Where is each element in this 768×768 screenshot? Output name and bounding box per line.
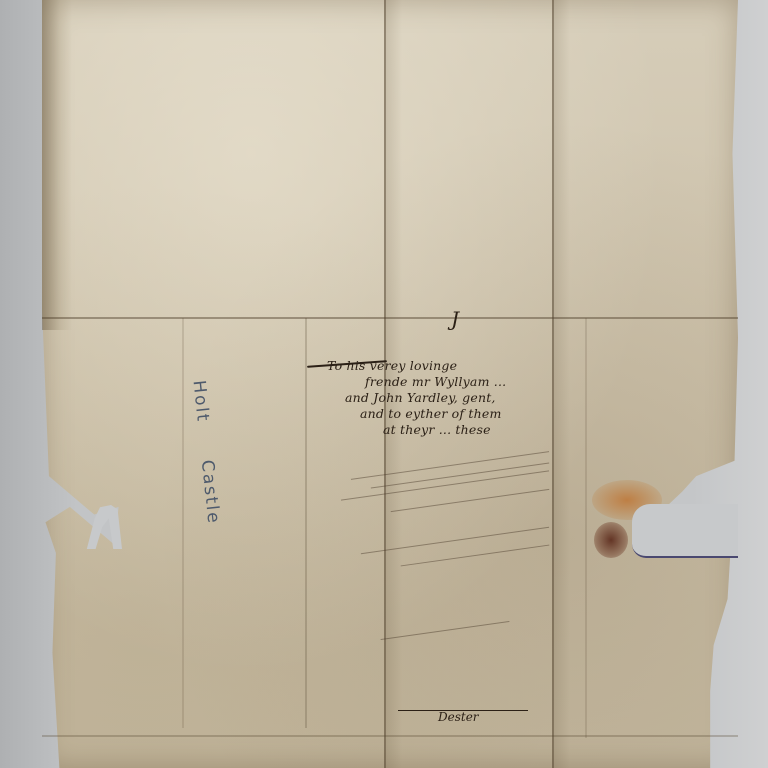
address-line: To his verey lovinge <box>327 358 457 373</box>
address-line: and John Yardley, gent, <box>345 390 496 405</box>
left-edge-fold <box>42 0 72 330</box>
address-mark: J <box>451 312 459 327</box>
address-line: and to eyther of them <box>360 406 502 421</box>
endorsement-text: Dester <box>438 710 479 724</box>
address-line: at theyr ... these <box>383 422 491 437</box>
scribble-strokes <box>330 445 570 645</box>
torn-hole-right <box>632 504 738 558</box>
address-block: J To his verey lovinge frende mr Wyllyam… <box>305 312 595 462</box>
pencil-word-holt: Holt <box>188 379 212 423</box>
fold-line-horizontal <box>42 735 738 737</box>
endorsement: Dester <box>398 704 439 718</box>
fold-line-vertical <box>182 318 184 728</box>
address-line: frende mr Wyllyam ... <box>365 374 506 389</box>
dark-stain <box>594 522 628 558</box>
